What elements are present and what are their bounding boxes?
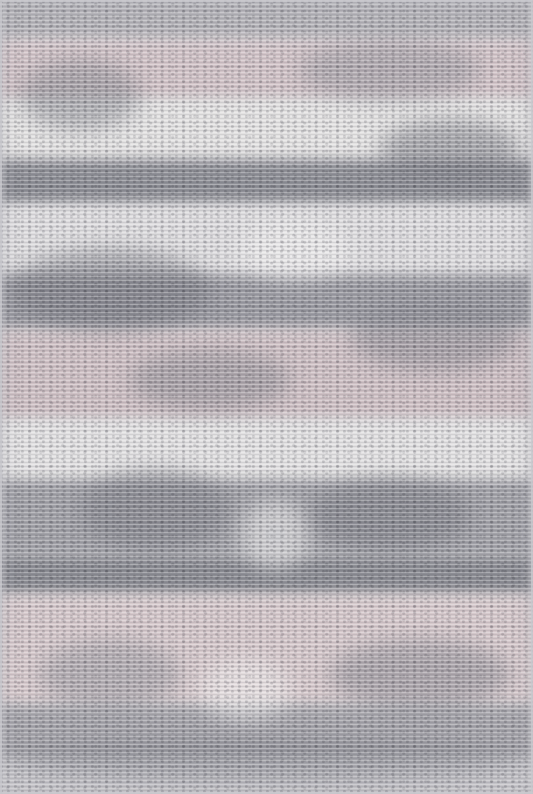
pattern-motif [240, 220, 350, 280]
pattern-motif [80, 470, 230, 550]
rug-photo [0, 0, 533, 794]
pattern-motif [300, 40, 480, 100]
color-band [0, 420, 533, 480]
color-band [0, 0, 533, 40]
pattern-motif [0, 740, 533, 780]
pattern-motif [10, 250, 210, 330]
pattern-motif [350, 300, 520, 370]
pattern-motif [20, 60, 140, 130]
pattern-motif [330, 640, 510, 710]
pattern-motif [240, 500, 310, 570]
pattern-motif [40, 640, 180, 710]
pattern-motif [200, 660, 290, 720]
pattern-motif [310, 480, 470, 550]
pattern-motif [130, 350, 290, 410]
pattern-motif [380, 120, 520, 180]
